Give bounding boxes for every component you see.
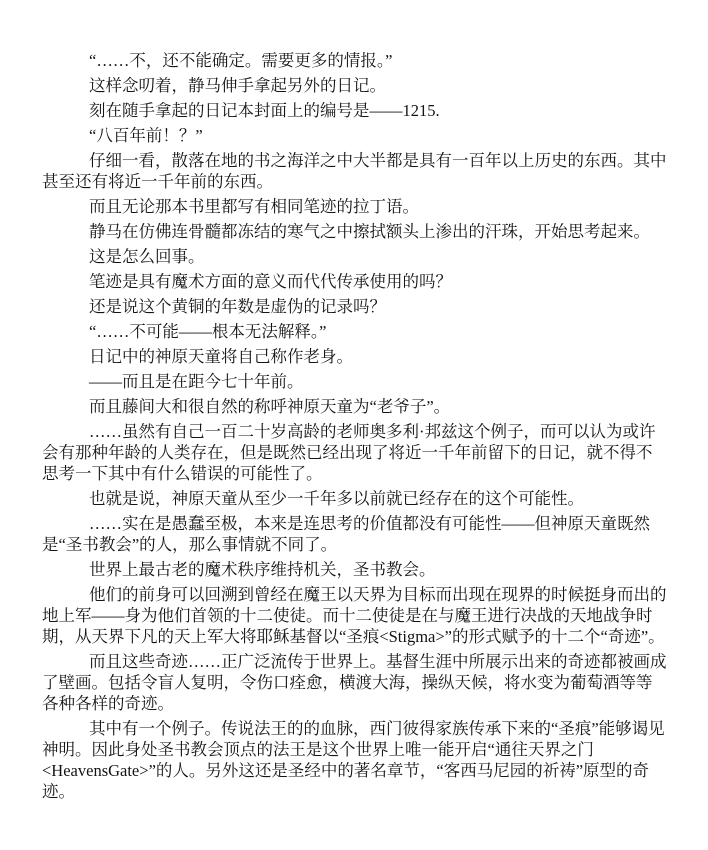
paragraph: 刻在随手拿起的日记本封面上的编号是——1215. [42, 100, 667, 121]
paragraph: 而且无论那本书里都写有相同笔迹的拉丁语。 [42, 196, 667, 217]
paragraph: 他们的前身可以回溯到曾经在魔王以天界为目标而出现在现界的时候挺身而出的地上军——… [42, 584, 667, 647]
paragraph: 笔迹是具有魔术方面的意义而代代传承使用的吗？ [42, 271, 667, 292]
paragraph: “……不可能——根本无法解释。” [42, 321, 667, 342]
paragraph: 日记中的神原天童将自己称作老身。 [42, 346, 667, 367]
paragraph: 仔细一看，散落在地的书之海洋之中大半都是具有一百年以上历史的东西。其中甚至还有将… [42, 150, 667, 192]
paragraph: 其中有一个例子。传说法王的的血脉，西门彼得家族传承下来的“圣痕”能够谒见神明。因… [42, 718, 667, 802]
paragraph: 世界上最古老的魔术秩序维持机关，圣书教会。 [42, 559, 667, 580]
paragraph: ……实在是愚蠢至极，本来是连思考的价值都没有可能性——但神原天童既然是“圣书教会… [42, 513, 667, 555]
novel-text-block: “……不，还不能确定。需要更多的情报。”这样念叨着，静马伸手拿起另外的日记。刻在… [42, 50, 667, 806]
document-page: “……不，还不能确定。需要更多的情报。”这样念叨着，静马伸手拿起另外的日记。刻在… [0, 0, 708, 850]
paragraph: ……虽然有自己一百二十岁高龄的老师奥多利·邦兹这个例子，而可以认为或许会有那种年… [42, 421, 667, 484]
paragraph: 也就是说，神原天童从至少一千年多以前就已经存在的这个可能性。 [42, 488, 667, 509]
paragraph: 而且藤间大和很自然的称呼神原天童为“老爷子”。 [42, 396, 667, 417]
paragraph: 静马在仿佛连骨髓都冻结的寒气之中擦拭额头上渗出的汗珠，开始思考起来。 [42, 221, 667, 242]
paragraph: 这是怎么回事。 [42, 246, 667, 267]
paragraph: ——而且是在距今七十年前。 [42, 371, 667, 392]
paragraph: 还是说这个黄铜的年数是虚伪的记录吗？ [42, 296, 667, 317]
paragraph: “……不，还不能确定。需要更多的情报。” [42, 50, 667, 71]
paragraph: 而且这些奇迹……正广泛流传于世界上。基督生涯中所展示出来的奇迹都被画成了壁画。包… [42, 651, 667, 714]
paragraph: “八百年前！？” [42, 125, 667, 146]
paragraph: 这样念叨着，静马伸手拿起另外的日记。 [42, 75, 667, 96]
